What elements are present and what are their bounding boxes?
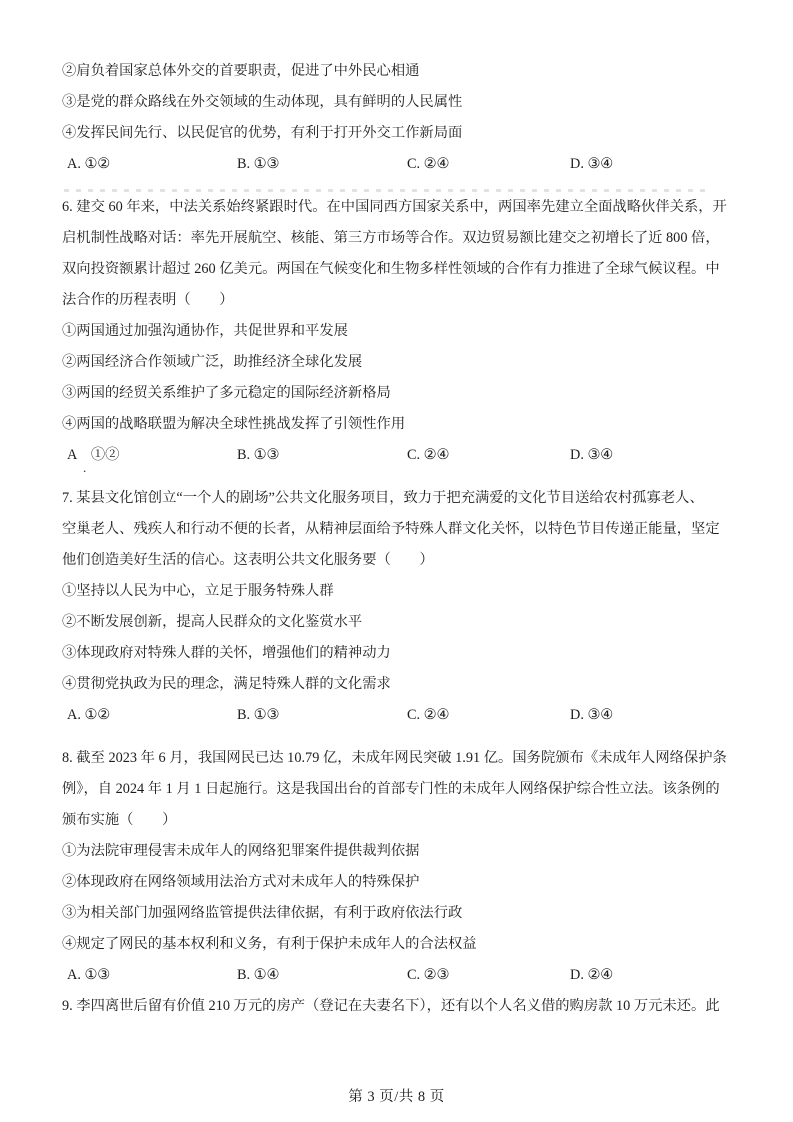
q5-item-4: ④发挥民间先行、以民促官的优势，有利于打开外交工作新局面 (62, 118, 730, 149)
q6-stray-period-artifact: . (83, 461, 86, 474)
q8-item-2: ②体现政府在网络领域用法治方式对未成年人的特殊保护 (62, 867, 730, 898)
q7-stem-line-1: 7. 某县文化馆创立“一个人的剧场”公共文化服务项目，致力于把充满爱的文化节目送… (62, 483, 730, 514)
q9-stem-line-1: 9. 李四离世后留有价值 210 万元的房产（登记在夫妻名下），还有以个人名义借… (62, 991, 730, 1022)
q8-stem-line-2: 例》，自 2024 年 1 月 1 日起施行。这是我国出台的首部专门性的未成年人… (62, 774, 730, 805)
q5-choice-d: D. ③④ (570, 149, 613, 180)
q6-stem-line-2: 启机制性战略对话：率先开展航空、核能、第三方市场等合作。双边贸易额比建交之初增长… (62, 223, 730, 254)
question-7: 7. 某县文化馆创立“一个人的剧场”公共文化服务项目，致力于把充满爱的文化节目送… (62, 483, 730, 731)
q7-choice-d: D. ③④ (570, 700, 613, 731)
scan-bleed-artifact (64, 189, 712, 192)
q6-stem-line-1: 6. 建交 60 年来，中法关系始终紧跟时代。在中国同西方国家关系中，两国率先建… (62, 192, 730, 223)
q6-item-1: ①两国通过加强沟通协作，共促世界和平发展 (62, 316, 730, 347)
q7-choice-b: B. ①③ (237, 700, 279, 731)
q8-item-1: ①为法院审理侵害未成年人的网络犯罪案件提供裁判依据 (62, 836, 730, 867)
q5-item-2: ②肩负着国家总体外交的首要职责，促进了中外民心相通 (62, 56, 730, 87)
q6-stem-line-3: 双向投资额累计超过 260 亿美元。两国在气候变化和生物多样性领域的合作有力推进… (62, 254, 730, 285)
exam-paper-page: ②肩负着国家总体外交的首要职责，促进了中外民心相通 ③是党的群众路线在外交领域的… (0, 0, 793, 1122)
q8-choice-d: D. ②④ (570, 960, 613, 991)
q8-choice-a: A. ①③ (67, 960, 110, 991)
q6-choices-row: A ①② B. ①③ C. ②④ D. ③④ . (62, 440, 730, 471)
q5-choice-c: C. ②④ (407, 149, 449, 180)
q6-item-2: ②两国经济合作领域广泛，助推经济全球化发展 (62, 347, 730, 378)
question-9: 9. 李四离世后留有价值 210 万元的房产（登记在夫妻名下），还有以个人名义借… (62, 991, 730, 1022)
q8-stem-line-3: 颁布实施（ ） (62, 805, 730, 836)
q8-item-4: ④规定了网民的基本权利和义务，有利于保护未成年人的合法权益 (62, 929, 730, 960)
q7-stem-line-3: 他们创造美好生活的信心。这表明公共文化服务要（ ） (62, 545, 730, 576)
q6-item-3: ③两国的经贸关系维护了多元稳定的国际经济新格局 (62, 378, 730, 409)
q6-stem-line-4: 法合作的历程表明（ ） (62, 285, 730, 316)
q8-choice-b: B. ①④ (237, 960, 279, 991)
q5-choice-a: A. ①② (67, 149, 110, 180)
q7-choice-c: C. ②④ (407, 700, 449, 731)
q5-item-3: ③是党的群众路线在外交领域的生动体现，具有鲜明的人民属性 (62, 87, 730, 118)
q7-item-4: ④贯彻党执政为民的理念，满足特殊人群的文化需求 (62, 669, 730, 700)
q7-item-1: ①坚持以人民为中心，立足于服务特殊人群 (62, 576, 730, 607)
question-6: 6. 建交 60 年来，中法关系始终紧跟时代。在中国同西方国家关系中，两国率先建… (62, 192, 730, 471)
q8-item-3: ③为相关部门加强网络监管提供法律依据，有利于政府依法行政 (62, 898, 730, 929)
q8-choice-c: C. ②③ (407, 960, 449, 991)
q6-choice-a: A ①② (67, 440, 119, 471)
q7-item-3: ③体现政府对特殊人群的关怀，增强他们的精神动力 (62, 638, 730, 669)
q7-choice-a: A. ①② (67, 700, 110, 731)
q8-choices-row: A. ①③ B. ①④ C. ②③ D. ②④ (62, 960, 730, 991)
q6-item-4: ④两国的战略联盟为解决全球性挑战发挥了引领性作用 (62, 409, 730, 440)
q7-choices-row: A. ①② B. ①③ C. ②④ D. ③④ (62, 700, 730, 731)
q7-item-2: ②不断发展创新，提高人民群众的文化鉴赏水平 (62, 607, 730, 638)
page-number-footer: 第 3 页/共 8 页 (0, 1082, 793, 1113)
q7-stem-line-2: 空巢老人、残疾人和行动不便的长者，从精神层面给予特殊人群文化关怀，以特色节目传递… (62, 514, 730, 545)
q5-choices-row: A. ①② B. ①③ C. ②④ D. ③④ (62, 149, 730, 180)
q5-choice-b: B. ①③ (237, 149, 279, 180)
q6-choice-b: B. ①③ (237, 440, 279, 471)
question-8: 8. 截至 2023 年 6 月，我国网民已达 10.79 亿，未成年网民突破 … (62, 743, 730, 991)
q6-choice-c: C. ②④ (407, 440, 449, 471)
page-body: ②肩负着国家总体外交的首要职责，促进了中外民心相通 ③是党的群众路线在外交领域的… (62, 56, 730, 1022)
q8-stem-line-1: 8. 截至 2023 年 6 月，我国网民已达 10.79 亿，未成年网民突破 … (62, 743, 730, 774)
q6-choice-d: D. ③④ (570, 440, 613, 471)
